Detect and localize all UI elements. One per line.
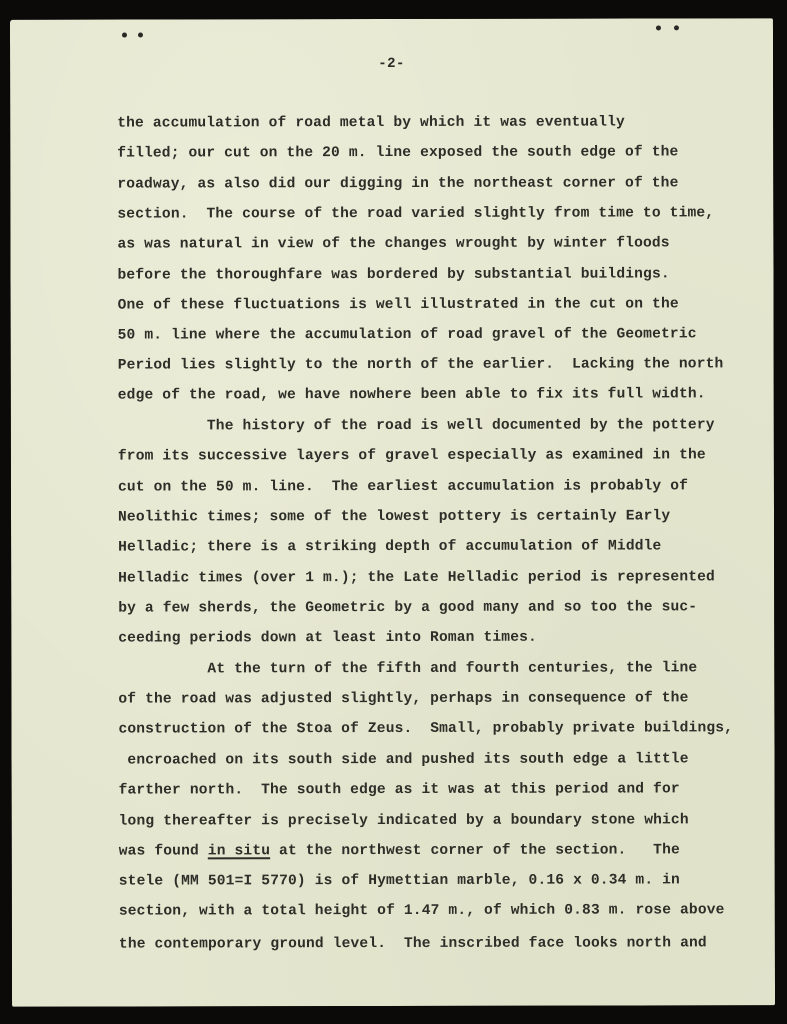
- text-line: from its successive layers of gravel esp…: [118, 447, 706, 464]
- text-line: section, with a total height of 1.47 m.,…: [119, 902, 725, 919]
- text-line-with-underline: was found in situ at the northwest corne…: [119, 842, 680, 859]
- text-segment: was found: [119, 843, 208, 859]
- text-line: as was natural in view of the changes wr…: [117, 235, 669, 252]
- text-segment: at the northwest corner of the section. …: [270, 842, 680, 859]
- punch-mark-icon: [138, 33, 143, 38]
- text-line: stele (MM 501=I 5770) is of Hymettian ma…: [119, 872, 680, 889]
- text-line: of the road was adjusted slightly, perha…: [118, 690, 688, 707]
- text-line: the accumulation of road metal by which …: [117, 115, 625, 132]
- text-line: One of these fluctuations is well illust…: [118, 296, 679, 313]
- page-number: -2-: [10, 55, 773, 73]
- text-line: Helladic times (over 1 m.); the Late Hel…: [118, 569, 715, 586]
- text-line: 50 m. line where the accumulation of roa…: [118, 326, 697, 343]
- text-line: Neolithic times; some of the lowest pott…: [118, 508, 670, 525]
- underlined-phrase-in-situ: in situ: [208, 843, 270, 859]
- text-line: the contemporary ground level. The inscr…: [119, 935, 707, 952]
- text-line: ceeding periods down at least into Roman…: [118, 630, 537, 647]
- text-line: construction of the Stoa of Zeus. Small,…: [118, 720, 733, 737]
- text-line: long thereafter is precisely indicated b…: [119, 812, 689, 829]
- text-line: Period lies slightly to the north of the…: [118, 356, 724, 373]
- text-line: Helladic; there is a striking depth of a…: [118, 538, 661, 555]
- punch-mark-icon: [656, 25, 661, 30]
- typewritten-page: -2- the accumulation of road metal by wh…: [10, 18, 775, 1007]
- text-line: farther north. The south edge as it was …: [119, 781, 680, 798]
- text-line: section. The course of the road varied s…: [117, 205, 714, 222]
- text-line: by a few sherds, the Geometric by a good…: [118, 599, 697, 616]
- text-line: before the thoroughfare was bordered by …: [117, 266, 669, 283]
- text-line: edge of the road, we have nowhere been a…: [118, 386, 706, 403]
- text-line: encroached on its south side and pushed …: [119, 751, 689, 768]
- punch-mark-icon: [122, 33, 127, 38]
- punch-mark-icon: [674, 25, 679, 30]
- paragraph-start-line: The history of the road is well document…: [118, 417, 715, 434]
- text-line: filled; our cut on the 20 m. line expose…: [117, 144, 678, 161]
- text-line: roadway, as also did our digging in the …: [117, 175, 678, 192]
- text-line: cut on the 50 m. line. The earliest accu…: [118, 478, 688, 495]
- paragraph-start-line: At the turn of the fifth and fourth cent…: [118, 660, 697, 677]
